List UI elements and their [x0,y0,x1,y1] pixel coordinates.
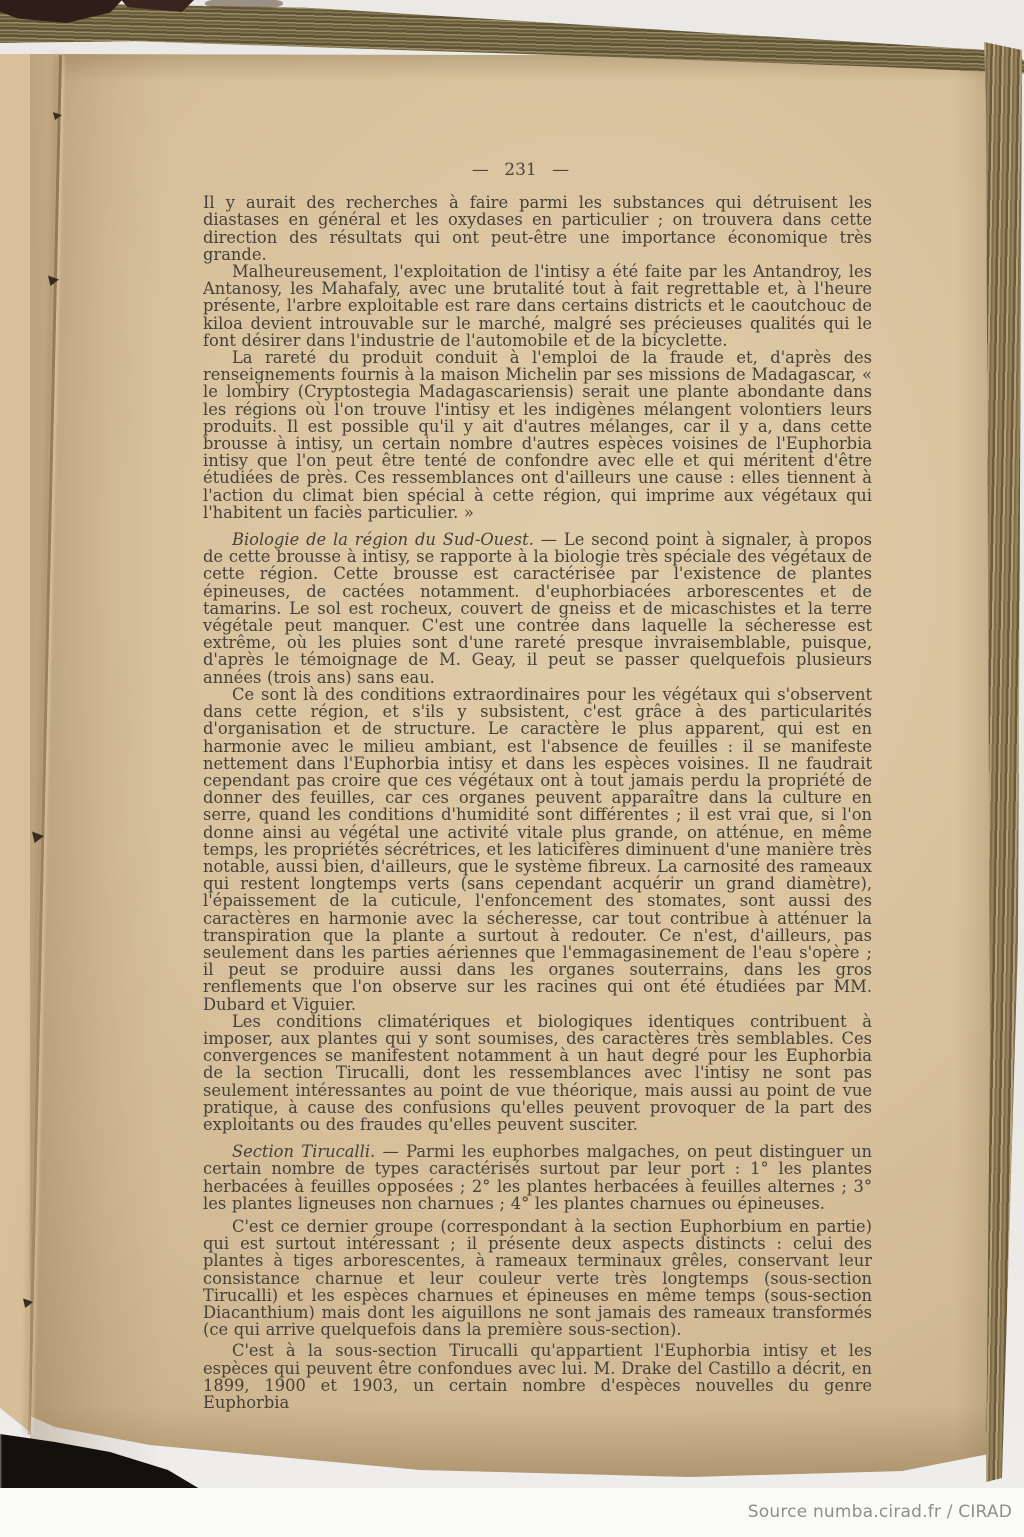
paragraph-text: Ce sont là des conditions extraordinaire… [203,685,872,1014]
source-watermark: Source numba.cirad.fr / CIRAD [748,1502,1012,1522]
paragraph-text: C'est ce dernier groupe (correspondant à… [203,1217,872,1339]
page-number: — 231 — [203,162,872,179]
paragraph-section-tirucalli: Section Tirucalli. — Parmi les euphorbes… [203,1143,872,1212]
gutter-shading [30,54,165,1475]
book-cover-smudge [205,0,283,9]
book-scan: — 231 — Il y aurait des recherches à fai… [0,0,1024,1537]
book-right-page-edges [984,42,1024,1484]
paragraph-text: Il y aurait des recherches à faire parmi… [203,193,872,264]
paragraph-text: La rareté du produit conduit à l'emploi … [203,348,872,522]
paragraph-text: — Le second point à signaler, à propos d… [203,530,872,687]
paragraph: C'est à la sous-section Tirucalli qu'app… [203,1342,872,1411]
paragraph: La rareté du produit conduit à l'emploi … [203,349,872,521]
paragraph-section-biologie: Biologie de la région du Sud-Ouest. — Le… [203,531,872,686]
paragraph-text: C'est à la sous-section Tirucalli qu'app… [203,1341,872,1412]
paragraph-text: Malheureusement, l'exploitation de l'int… [203,262,872,350]
paragraph-lead: Section Tirucalli. [232,1142,375,1161]
page-text-block: — 231 — Il y aurait des recherches à fai… [203,162,872,1411]
paragraph: Les conditions climatériques et biologiq… [203,1013,872,1133]
paragraph: Il y aurait des recherches à faire parmi… [203,194,872,263]
paragraph: Ce sont là des conditions extraordinaire… [203,686,872,1013]
paragraph: C'est ce dernier groupe (correspondant à… [203,1218,872,1338]
paragraph-text: Les conditions climatériques et biologiq… [203,1012,872,1134]
paragraph: Malheureusement, l'exploitation de l'int… [203,263,872,349]
paragraph-lead: Biologie de la région du Sud-Ouest. [232,530,534,549]
